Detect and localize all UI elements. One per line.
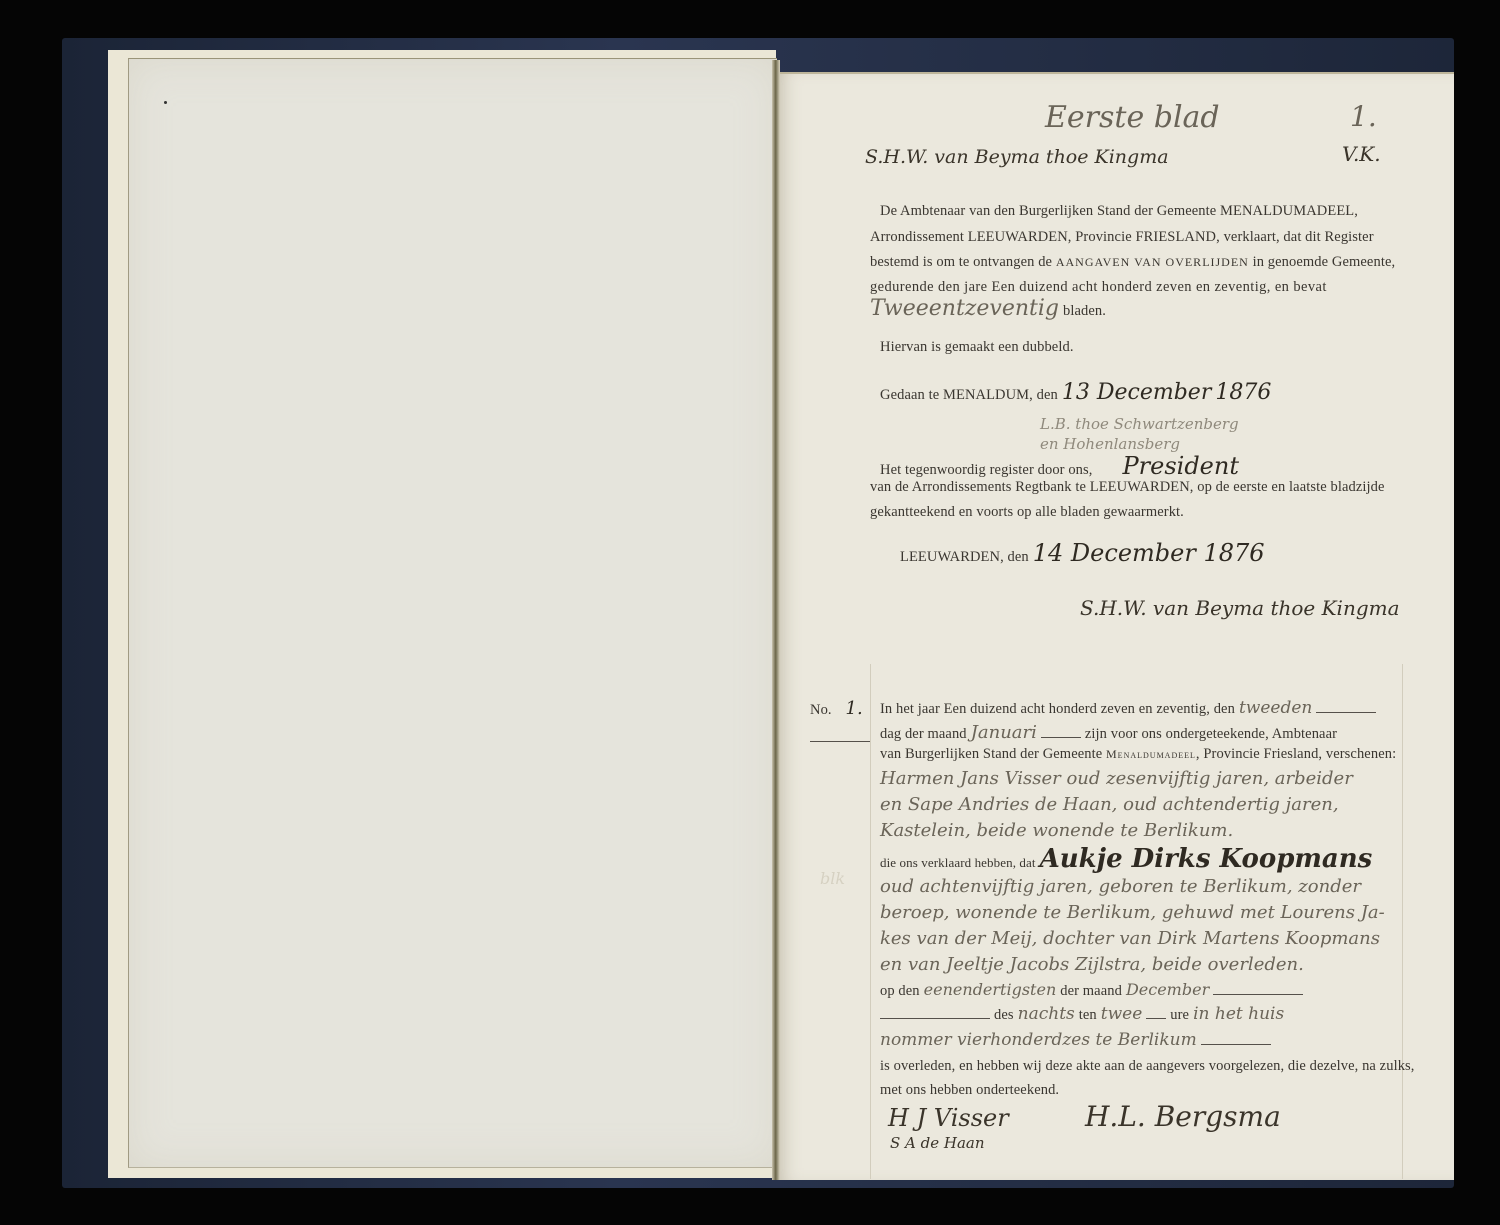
margin-note-faint: blk <box>820 869 845 888</box>
deceased-line-2: beroep, wonende te Berlikum, gehuwd met … <box>880 902 1385 923</box>
official-signature-record: H.L. Bergsma <box>1085 1100 1281 1133</box>
closing-line-2: met ons hebben onderteekend. <box>880 1082 1059 1099</box>
court-line-2: van de Arrondissements Regtbank te LEEUW… <box>870 479 1385 496</box>
death-hour: twee <box>1101 1004 1143 1024</box>
register-page: Eerste blad 1. S.H.W. van Beyma thoe Kin… <box>780 72 1454 1180</box>
page-count-suffix: bladen. <box>1063 303 1106 319</box>
record-margin-rule-left <box>870 664 871 1179</box>
death-ure: ure <box>1170 1007 1189 1023</box>
death-des: des <box>994 1007 1014 1023</box>
record-number-label: No. <box>810 702 832 718</box>
declaration-line-1: De Ambtenaar van den Burgerlijken Stand … <box>880 203 1358 220</box>
initials-top: V.K. <box>1342 142 1381 166</box>
record-month: Januari <box>971 722 1037 743</box>
deceased-line-3: kes van der Meij, dochter van Dirk Marte… <box>880 928 1380 949</box>
court-date: 14 December 1876 <box>1033 539 1265 567</box>
court-place: LEEUWARDEN, den <box>900 549 1029 565</box>
court-line-1: Het tegenwoordig register door ons, <box>880 462 1093 478</box>
fill-line <box>1316 711 1376 713</box>
court-signature: S.H.W. van Beyma thoe Kingma <box>1080 596 1400 620</box>
declaration-line-3b: in genoemde Gemeente, <box>1253 254 1396 270</box>
death-time-of-day: nachts <box>1018 1004 1075 1024</box>
declaration-line-2: Arrondissement LEEUWARDEN, Provincie FRI… <box>870 229 1374 246</box>
fill-line <box>1041 736 1081 738</box>
informant-signature-1: H J Visser <box>888 1104 1009 1132</box>
informants-line-3: Kastelein, beide wonende te Berlikum. <box>880 820 1233 841</box>
death-place-b: nommer vierhonderdzes te Berlikum <box>880 1030 1197 1050</box>
record-line-3a: van Burgerlijken Stand der Gemeente <box>880 746 1102 762</box>
closing-line-1: is overleden, en hebben wij deze akte aa… <box>880 1058 1415 1075</box>
fill-line <box>880 1017 990 1019</box>
folio-label: Eerste blad <box>1045 100 1220 135</box>
signature-top: S.H.W. van Beyma thoe Kingma <box>865 146 1169 168</box>
left-blank-page <box>128 58 777 1168</box>
record-line-3-caps: Menaldumadeel <box>1106 747 1196 761</box>
duplicate-note: Hiervan is gemaakt een dubbeld. <box>880 339 1074 356</box>
record-number: 1. <box>845 698 862 719</box>
record-line-3b: , Provincie Friesland, verschenen: <box>1196 746 1396 762</box>
record-line-2-prefix: dag der maand <box>880 726 967 742</box>
folio-number: 1. <box>1350 100 1377 133</box>
informant-signature-2: S A de Haan <box>890 1134 985 1152</box>
death-ten: ten <box>1079 1007 1097 1023</box>
deceased-line-4: en van Jeeltje Jacobs Zijlstra, beide ov… <box>880 954 1304 975</box>
record-line-1: In het jaar Een duizend acht honderd zev… <box>880 701 1235 717</box>
declaration-line-3-caps: AANGAVEN VAN OVERLIJDEN <box>1056 255 1249 269</box>
court-title: President <box>1123 452 1239 480</box>
record-number-underline <box>810 740 870 742</box>
death-place-a: in het huis <box>1193 1004 1284 1024</box>
death-der-maand: der maand <box>1060 983 1122 999</box>
done-at-prefix: Gedaan te MENALDUM, den <box>880 387 1058 403</box>
death-day: eenendertigsten <box>924 980 1057 999</box>
deceased-name: Aukje Dirks Koopmans <box>1040 844 1373 874</box>
fill-line <box>1201 1043 1271 1045</box>
informants-line-1: Harmen Jans Visser oud zesenvijftig jare… <box>880 768 1353 789</box>
declaration-line-4: gedurende den jare Een duizend acht hond… <box>870 279 1327 296</box>
declaration-line-3a: bestemd is om te ontvangen de <box>870 254 1052 270</box>
done-at-year: 1876 <box>1215 380 1271 405</box>
informants-line-2: en Sape Andries de Haan, oud achtenderti… <box>880 794 1339 815</box>
deceased-line-1: oud achtenvijftig jaren, geboren te Berl… <box>880 876 1361 897</box>
fill-line <box>1213 993 1303 995</box>
death-on-prefix: op den <box>880 983 920 999</box>
record-line-2-suffix: zijn voor ons ondergeteekende, Ambtenaar <box>1085 726 1337 742</box>
court-line-3: gekantteekend en voorts op alle bladen g… <box>870 504 1184 521</box>
paper-speck <box>164 101 167 104</box>
record-day: tweeden <box>1239 698 1312 718</box>
official-signature: L.B. thoe Schwartzenberg en Hohenlansber… <box>1040 414 1260 454</box>
book-gutter <box>772 60 780 1180</box>
record-margin-rule-right <box>1402 664 1403 1179</box>
page-count-handwritten: Tweeentzeventig <box>870 296 1059 321</box>
declared-prefix: die ons verklaard hebben, dat <box>880 855 1036 870</box>
fill-line <box>1146 1017 1166 1019</box>
death-month: December <box>1126 980 1209 999</box>
done-at-date: 13 December <box>1062 380 1211 405</box>
